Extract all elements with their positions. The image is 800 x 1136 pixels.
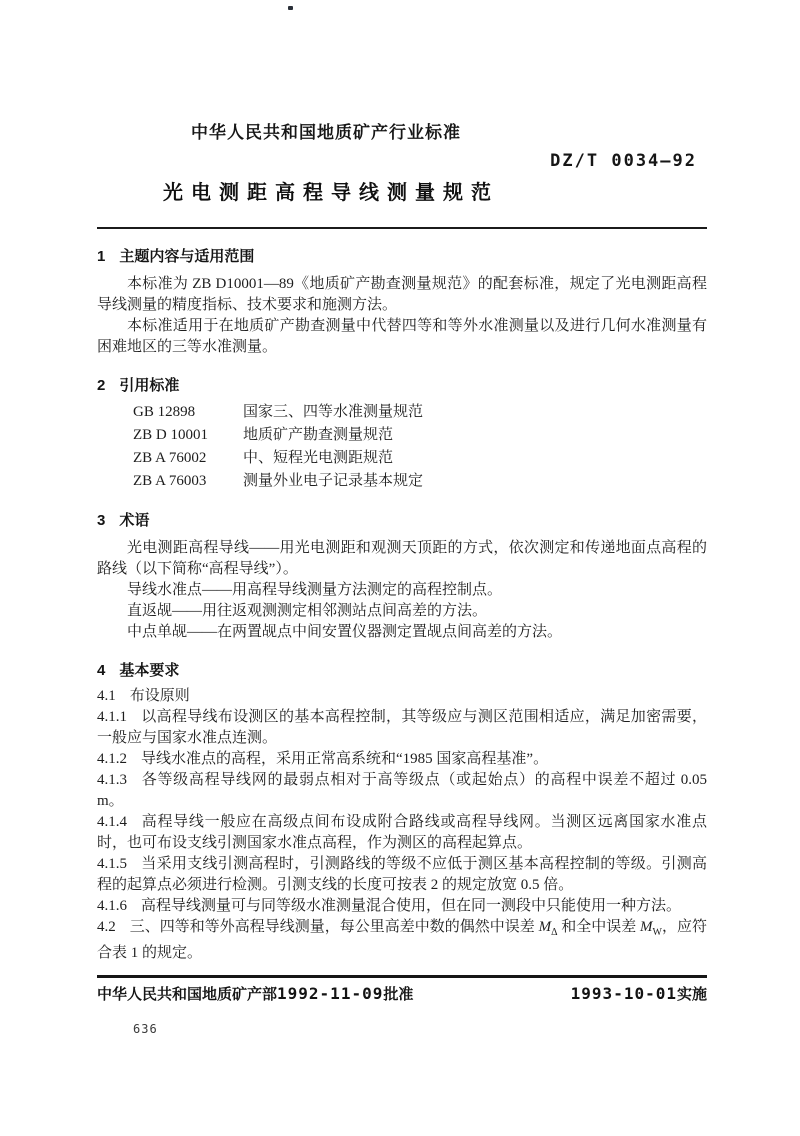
referenced-standards-list: GB 12898国家三、四等水准测量规范 ZB D 10001地质矿产勘查测量规… [97,401,707,493]
clause-number: 4.1.1 [97,709,127,725]
reference-code: ZB D 10001 [133,424,225,447]
symbol-letter: M [640,919,653,935]
clause-text: 各等级高程导线网的最弱点相对于高等级点（或起始点）的高程中误差不超过 0.05 … [97,772,707,809]
term-definition: 光电测距高程导线——用光电测距和观测天顶距的方式，依次测定和传递地面点高程的路线… [97,538,707,580]
symbol-m-delta: MΔ [539,919,558,935]
scanned-standard-page: 中华人民共和国地质矿产行业标准 DZ/T 0034—92 光电测距高程导线测量规… [0,0,800,1136]
term-definition: 直返觇——用往返观测测定相邻测站点间高差的方法。 [97,601,707,622]
section-4-number: 4 [97,662,105,679]
clause-4-1-5: 4.1.5当采用支线引测高程时，引测路线的等级不应低于测区基本高程控制的等级。引… [97,854,707,896]
clause-text-part: 和全中误差 [558,919,641,935]
clause-number: 4.1.3 [97,772,127,788]
clause-4-1-4: 4.1.4高程导线一般应在高级点间布设成附合路线或高程导线网。当测区远离国家水准… [97,812,707,854]
clause-number: 4.2 [97,919,116,935]
reference-name: 地质矿产勘查测量规范 [243,427,393,443]
clause-number: 4.1.6 [97,898,127,914]
implementation-statement: 1993-10-01实施 [571,984,707,1005]
section-1-number: 1 [97,248,105,265]
clause-4-1-1: 4.1.1以高程导线布设测区的基本高程控制，其等级应与测区范围相适应，满足加密需… [97,707,707,749]
header-rule [97,227,707,229]
reference-code: ZB A 76002 [133,447,225,470]
reference-item: ZB A 76003测量外业电子记录基本规定 [97,470,707,493]
section-2-heading: 2引用标准 [97,375,707,396]
approval-date: 1992-11-09 [277,984,383,1003]
clause-number: 4.1 [97,688,116,704]
clause-text: 以高程导线布设测区的基本高程控制，其等级应与测区范围相适应，满足加密需要，一般应… [97,709,707,746]
reference-name: 测量外业电子记录基本规定 [243,473,423,489]
section-1-heading: 1主题内容与适用范围 [97,246,707,267]
section-1-paragraph: 本标准为 ZB D10001—89《地质矿产勘查测量规范》的配套标准，规定了光电… [97,274,707,316]
section-2-title: 引用标准 [119,377,179,394]
document-title: 光电测距高程导线测量规范 [163,180,707,206]
page-number: 636 [133,1022,158,1036]
clause-text: 当采用支线引测高程时，引测路线的等级不应低于测区基本高程控制的等级。引测高程的起… [97,856,707,893]
section-1-paragraph: 本标准适用于在地质矿产勘查测量中代替四等和等外水准测量以及进行几何水准测量有困难… [97,316,707,358]
symbol-subscript: W [653,927,662,938]
section-1-title: 主题内容与适用范围 [119,248,254,265]
clause-4-2: 4.2三、四等和等外高程导线测量，每公里高差中数的偶然中误差 MΔ 和全中误差 … [97,917,707,964]
clause-4-1-2: 4.1.2导线水准点的高程，采用正常高系统和“1985 国家高程基准”。 [97,749,707,770]
standard-org-line: 中华人民共和国地质矿产行业标准 [191,122,707,144]
clause-text: 布设原则 [130,688,190,704]
symbol-letter: M [539,919,552,935]
section-3-title: 术语 [119,512,149,529]
reference-item: ZB D 10001地质矿产勘查测量规范 [97,424,707,447]
clause-text: 高程导线测量可与同等级水准测量混合使用，但在同一测段中只能使用一种方法。 [141,898,681,914]
clause-text: 高程导线一般应在高级点间布设成附合路线或高程导线网。当测区远离国家水准点时，也可… [97,814,707,851]
terms-list: 光电测距高程导线——用光电测距和观测天顶距的方式，依次测定和传递地面点高程的路线… [97,538,707,643]
reference-name: 中、短程光电测距规范 [243,450,393,466]
page-footer: 中华人民共和国地质矿产部1992-11-09批准 1993-10-01实施 [97,975,707,1005]
reference-name: 国家三、四等水准测量规范 [243,404,423,420]
section-3-number: 3 [97,512,105,529]
term-definition: 中点单觇——在两置觇点中间安置仪器测定置觇点间高差的方法。 [97,622,707,643]
approval-org: 中华人民共和国地质矿产部 [97,986,277,1003]
implementation-suffix: 实施 [677,986,707,1003]
page-content: 中华人民共和国地质矿产行业标准 DZ/T 0034—92 光电测距高程导线测量规… [97,0,707,964]
reference-item: GB 12898国家三、四等水准测量规范 [97,401,707,424]
reference-code: GB 12898 [133,401,225,424]
clause-4-1-3: 4.1.3各等级高程导线网的最弱点相对于高等级点（或起始点）的高程中误差不超过 … [97,770,707,812]
clause-4-1: 4.1布设原则 [97,686,707,707]
clause-number: 4.1.5 [97,856,127,872]
symbol-m-w: MW [640,919,662,935]
approval-suffix: 批准 [383,986,413,1003]
clause-text: 导线水准点的高程，采用正常高系统和“1985 国家高程基准”。 [141,751,548,767]
footer-rule [97,975,707,978]
reference-code: ZB A 76003 [133,470,225,493]
approval-statement: 中华人民共和国地质矿产部1992-11-09批准 [97,984,413,1005]
clause-number: 4.1.4 [97,814,127,830]
section-2-number: 2 [97,377,105,394]
clause-number: 4.1.2 [97,751,127,767]
clause-text-part: 三、四等和等外高程导线测量，每公里高差中数的偶然中误差 [130,919,539,935]
reference-item: ZB A 76002中、短程光电测距规范 [97,447,707,470]
section-4-heading: 4基本要求 [97,660,707,681]
standard-number: DZ/T 0034—92 [97,151,697,171]
term-definition: 导线水准点——用高程导线测量方法测定的高程控制点。 [97,580,707,601]
clause-4-1-6: 4.1.6高程导线测量可与同等级水准测量混合使用，但在同一测段中只能使用一种方法… [97,896,707,917]
clauses-block: 4.1布设原则 4.1.1以高程导线布设测区的基本高程控制，其等级应与测区范围相… [97,686,707,964]
approval-implementation-line: 中华人民共和国地质矿产部1992-11-09批准 1993-10-01实施 [97,984,707,1005]
implementation-date: 1993-10-01 [571,984,677,1003]
section-4-title: 基本要求 [119,662,179,679]
section-3-heading: 3术语 [97,510,707,531]
